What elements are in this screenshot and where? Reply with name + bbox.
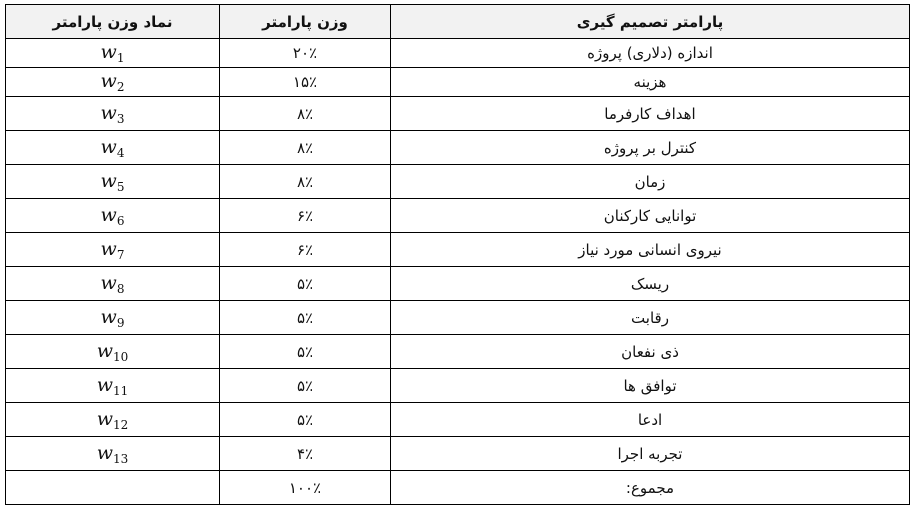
parameter-cell: زمان (391, 165, 910, 199)
weight-cell: ۲۰٪ (220, 39, 391, 68)
symbol-subscript: 13 (113, 452, 128, 466)
parameter-cell: ریسک (391, 267, 910, 301)
symbol-subscript: 5 (117, 180, 125, 194)
symbol-base: w (101, 41, 117, 63)
symbol-cell: w1 (6, 39, 220, 68)
symbol-base: w (97, 374, 113, 396)
table-row: w3 ۸٪ اهداف کارفرما (6, 97, 910, 131)
symbol-cell: w4 (6, 131, 220, 165)
decision-parameters-table: نماد وزن پارامتر وزن پارامتر پارامتر تصم… (5, 4, 910, 505)
symbol-subscript: 1 (117, 51, 125, 65)
table-row: w2 ۱۵٪ هزینه (6, 68, 910, 97)
weight-cell: ۵٪ (220, 267, 391, 301)
symbol-cell: w3 (6, 97, 220, 131)
total-row: ۱۰۰٪ مجموع: (6, 471, 910, 505)
symbol-subscript: 8 (117, 282, 125, 296)
table-row: w7 ۶٪ نیروی انسانی مورد نیاز (6, 233, 910, 267)
weight-cell: ۱۵٪ (220, 68, 391, 97)
symbol-cell: w6 (6, 199, 220, 233)
parameter-cell: ادعا (391, 403, 910, 437)
symbol-base: w (97, 442, 113, 464)
weights-table-container: نماد وزن پارامتر وزن پارامتر پارامتر تصم… (5, 4, 909, 505)
symbol-subscript: 4 (117, 146, 125, 160)
symbol-subscript: 10 (113, 350, 128, 364)
weight-cell: ۴٪ (220, 437, 391, 471)
weight-cell: ۵٪ (220, 301, 391, 335)
header-parameter: پارامتر تصمیم گیری (391, 5, 910, 39)
weight-cell: ۵٪ (220, 369, 391, 403)
total-label-cell: مجموع: (391, 471, 910, 505)
table-row: w5 ۸٪ زمان (6, 165, 910, 199)
parameter-cell: هزینه (391, 68, 910, 97)
symbol-subscript: 6 (117, 214, 125, 228)
symbol-cell: w8 (6, 267, 220, 301)
table-row: w12 ۵٪ ادعا (6, 403, 910, 437)
weight-cell: ۵٪ (220, 403, 391, 437)
symbol-cell: w10 (6, 335, 220, 369)
symbol-subscript: 2 (117, 80, 125, 94)
weight-cell: ۵٪ (220, 335, 391, 369)
table-row: w9 ۵٪ رقابت (6, 301, 910, 335)
table-row: w4 ۸٪ کنترل بر پروژه (6, 131, 910, 165)
parameter-cell: توانایی کارکنان (391, 199, 910, 233)
parameter-cell: ذی نفعان (391, 335, 910, 369)
symbol-cell: w5 (6, 165, 220, 199)
symbol-base: w (101, 102, 117, 124)
symbol-base: w (97, 408, 113, 430)
parameter-cell: کنترل بر پروژه (391, 131, 910, 165)
table-row: w10 ۵٪ ذی نفعان (6, 335, 910, 369)
parameter-cell: توافق ها (391, 369, 910, 403)
symbol-base: w (101, 170, 117, 192)
table-row: w11 ۵٪ توافق ها (6, 369, 910, 403)
weight-cell: ۸٪ (220, 165, 391, 199)
table-row: w1 ۲۰٪ اندازه (دلاری) پروژه (6, 39, 910, 68)
symbol-cell: w7 (6, 233, 220, 267)
symbol-cell: w2 (6, 68, 220, 97)
symbol-subscript: 3 (117, 112, 125, 126)
parameter-cell: نیروی انسانی مورد نیاز (391, 233, 910, 267)
header-weight: وزن پارامتر (220, 5, 391, 39)
parameter-cell: اهداف کارفرما (391, 97, 910, 131)
symbol-subscript: 7 (117, 248, 125, 262)
header-symbol: نماد وزن پارامتر (6, 5, 220, 39)
symbol-base: w (101, 272, 117, 294)
header-row: نماد وزن پارامتر وزن پارامتر پارامتر تصم… (6, 5, 910, 39)
symbol-subscript: 12 (113, 418, 128, 432)
total-symbol-cell (6, 471, 220, 505)
parameter-cell: رقابت (391, 301, 910, 335)
symbol-base: w (101, 204, 117, 226)
weight-cell: ۸٪ (220, 97, 391, 131)
symbol-base: w (101, 136, 117, 158)
symbol-base: w (101, 306, 117, 328)
table-row: w13 ۴٪ تجربه اجرا (6, 437, 910, 471)
table-row: w8 ۵٪ ریسک (6, 267, 910, 301)
symbol-subscript: 9 (117, 316, 125, 330)
symbol-cell: w9 (6, 301, 220, 335)
parameter-cell: تجربه اجرا (391, 437, 910, 471)
symbol-cell: w11 (6, 369, 220, 403)
symbol-base: w (97, 340, 113, 362)
weight-cell: ۶٪ (220, 233, 391, 267)
symbol-subscript: 11 (113, 384, 128, 398)
total-weight-cell: ۱۰۰٪ (220, 471, 391, 505)
symbol-cell: w12 (6, 403, 220, 437)
weight-cell: ۶٪ (220, 199, 391, 233)
table-row: w6 ۶٪ توانایی کارکنان (6, 199, 910, 233)
parameter-cell: اندازه (دلاری) پروژه (391, 39, 910, 68)
symbol-cell: w13 (6, 437, 220, 471)
symbol-base: w (101, 238, 117, 260)
weight-cell: ۸٪ (220, 131, 391, 165)
symbol-base: w (101, 70, 117, 92)
